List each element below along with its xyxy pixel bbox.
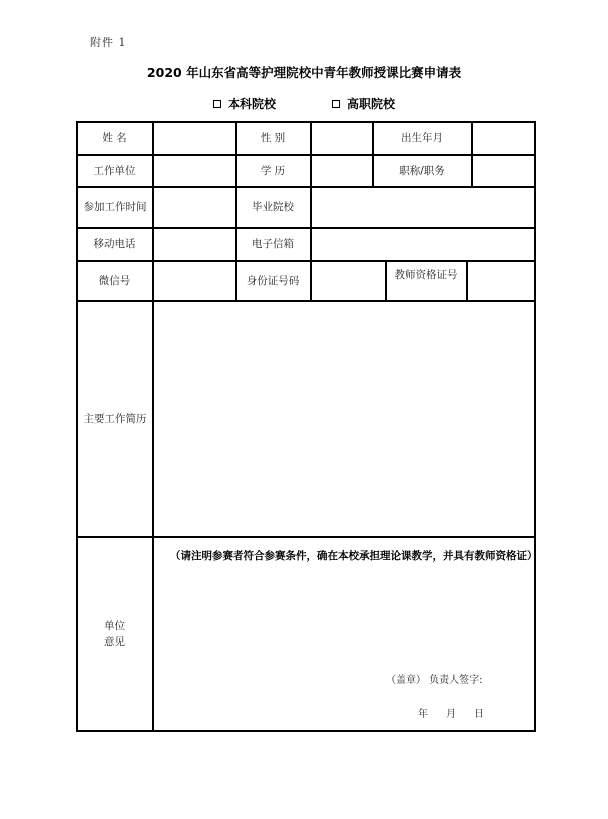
work-start-date-label: 参加工作时间: [80, 187, 150, 227]
table-border: [534, 121, 536, 732]
mobile-label: 移动电话: [77, 228, 152, 260]
table-border: [76, 730, 535, 732]
title-position-field[interactable]: [472, 155, 534, 186]
resume-field[interactable]: [153, 301, 534, 536]
opinion-label-line1: 单位: [104, 618, 125, 634]
graduate-school-field[interactable]: [311, 187, 534, 227]
seal-signature-label: （盖章） 负责人签字:: [386, 671, 483, 686]
school-type-label: 本科院校: [228, 95, 276, 112]
teacher-cert-label: 教师资格证号: [386, 262, 466, 288]
title-position-label: 职称/职务: [373, 155, 471, 186]
education-field[interactable]: [311, 155, 372, 186]
day-label: 日: [474, 705, 484, 720]
month-label: 月: [446, 705, 456, 720]
year-label: 年: [418, 705, 428, 720]
wechat-field[interactable]: [153, 261, 235, 300]
checkbox-icon[interactable]: [213, 100, 221, 108]
teacher-cert-field[interactable]: [467, 261, 534, 300]
school-type-vocational[interactable]: 高职院校: [332, 95, 395, 112]
school-type-selector: 本科院校 高职院校: [0, 95, 608, 111]
gender-field[interactable]: [311, 122, 372, 154]
wechat-label: 微信号: [77, 261, 152, 300]
id-number-label: 身份证号码: [244, 261, 302, 300]
form-title: 2020 年山东省高等护理院校中青年教师授课比赛申请表: [0, 63, 608, 81]
opinion-instruction: （请注明参赛者符合参赛条件，确在本校承担理论课教学，并具有教师资格证）: [170, 548, 538, 563]
email-field[interactable]: [311, 228, 534, 260]
checkbox-icon[interactable]: [332, 100, 340, 108]
school-type-label: 高职院校: [347, 95, 395, 112]
id-number-field[interactable]: [311, 261, 385, 300]
opinion-label: 单位 意见: [77, 537, 152, 730]
work-start-date-field[interactable]: [153, 187, 235, 227]
resume-label: 主要工作简历: [82, 301, 148, 536]
gender-label: 性 别: [236, 122, 310, 154]
education-label: 学 历: [236, 155, 310, 186]
birth-date-label: 出生年月: [373, 122, 471, 154]
email-label: 电子信箱: [236, 228, 310, 260]
employer-label: 工作单位: [77, 155, 152, 186]
mobile-field[interactable]: [153, 228, 235, 260]
name-label: 姓 名: [77, 122, 152, 154]
birth-date-field[interactable]: [472, 122, 534, 154]
school-type-undergrad[interactable]: 本科院校: [213, 95, 276, 112]
annex-label: 附件 1: [90, 34, 127, 50]
opinion-field[interactable]: [153, 537, 534, 730]
employer-field[interactable]: [153, 155, 235, 186]
opinion-label-line2: 意见: [104, 634, 125, 650]
graduate-school-label: 毕业院校: [236, 187, 310, 227]
name-field[interactable]: [153, 122, 235, 154]
